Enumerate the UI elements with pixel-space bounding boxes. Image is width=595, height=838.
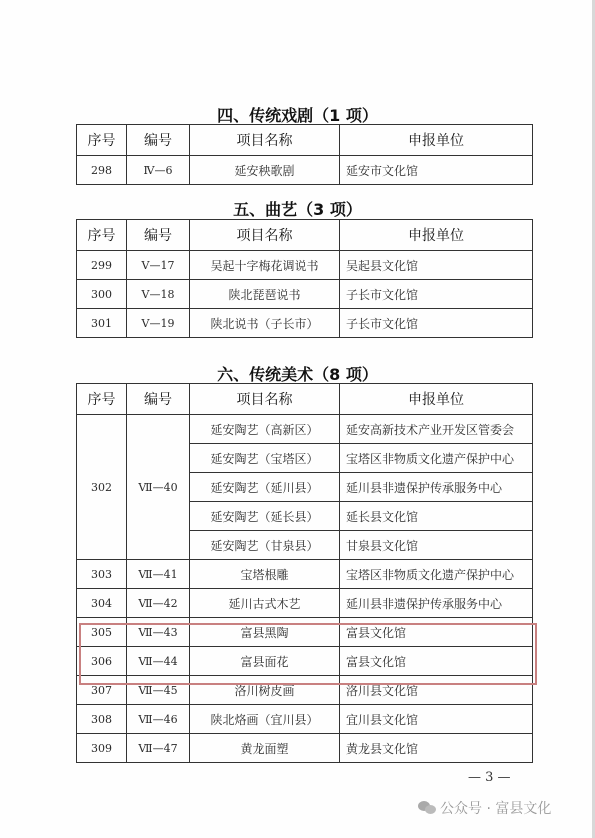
cell-project-name: 延安陶艺（宝塔区） xyxy=(190,444,340,473)
cell-project-name: 延安陶艺（高新区） xyxy=(190,415,340,444)
header-serial: 序号 xyxy=(77,384,127,415)
cell-project-name: 吴起十字梅花调说书 xyxy=(190,251,340,280)
table-row: 301 Ⅴ—19 陕北说书（子长市） 子长市文化馆 xyxy=(77,309,533,338)
header-applicant: 申报单位 xyxy=(340,384,533,415)
header-serial: 序号 xyxy=(77,125,127,156)
table-traditional-art: 序号 编号 项目名称 申报单位 302 Ⅶ—40 延安陶艺（高新区） 延安高新技… xyxy=(76,383,533,763)
table-quyi: 序号 编号 项目名称 申报单位 299 Ⅴ—17 吴起十字梅花调说书 吴起县文化… xyxy=(76,219,533,338)
cell-applicant: 富县文化馆 xyxy=(340,618,533,647)
header-code: 编号 xyxy=(127,125,190,156)
cell-project-name: 陕北说书（子长市） xyxy=(190,309,340,338)
cell-serial-merged: 302 xyxy=(77,415,127,560)
header-serial: 序号 xyxy=(77,220,127,251)
section-title-traditional-drama: 四、传统戏剧（1 项） xyxy=(0,103,595,126)
table-traditional-drama: 序号 编号 项目名称 申报单位 298 Ⅳ—6 延安秧歌剧 延安市文化馆 xyxy=(76,124,533,185)
cell-code: Ⅶ—43 xyxy=(127,618,190,647)
cell-project-name: 黄龙面塑 xyxy=(190,734,340,763)
cell-code: Ⅶ—45 xyxy=(127,676,190,705)
cell-serial: 299 xyxy=(77,251,127,280)
cell-project-name: 延川古式木艺 xyxy=(190,589,340,618)
cell-applicant: 延川县非遗保护传承服务中心 xyxy=(340,473,533,502)
cell-applicant: 洛川县文化馆 xyxy=(340,676,533,705)
cell-applicant: 延川县非遗保护传承服务中心 xyxy=(340,589,533,618)
cell-applicant: 宜川县文化馆 xyxy=(340,705,533,734)
cell-serial: 308 xyxy=(77,705,127,734)
table-row-highlighted: 305 Ⅶ—43 富县黑陶 富县文化馆 xyxy=(77,618,533,647)
cell-project-name: 延安陶艺（延长县） xyxy=(190,502,340,531)
table-row: 307 Ⅶ—45 洛川树皮画 洛川县文化馆 xyxy=(77,676,533,705)
cell-applicant: 宝塔区非物质文化遗产保护中心 xyxy=(340,444,533,473)
cell-serial: 304 xyxy=(77,589,127,618)
cell-serial: 300 xyxy=(77,280,127,309)
header-project-name: 项目名称 xyxy=(190,220,340,251)
cell-project-name: 富县黑陶 xyxy=(190,618,340,647)
table-header-row: 序号 编号 项目名称 申报单位 xyxy=(77,125,533,156)
cell-applicant: 富县文化馆 xyxy=(340,647,533,676)
cell-project-name: 陕北琵琶说书 xyxy=(190,280,340,309)
cell-project-name: 洛川树皮画 xyxy=(190,676,340,705)
cell-project-name: 延安陶艺（甘泉县） xyxy=(190,531,340,560)
cell-project-name: 富县面花 xyxy=(190,647,340,676)
section-title-traditional-art: 六、传统美术（8 项） xyxy=(0,362,595,385)
table-row: 309 Ⅶ—47 黄龙面塑 黄龙县文化馆 xyxy=(77,734,533,763)
header-code: 编号 xyxy=(127,220,190,251)
table-row: 302 Ⅶ—40 延安陶艺（高新区） 延安高新技术产业开发区管委会 xyxy=(77,415,533,444)
table-row: 298 Ⅳ—6 延安秧歌剧 延安市文化馆 xyxy=(77,156,533,185)
table-row-highlighted: 306 Ⅶ—44 富县面花 富县文化馆 xyxy=(77,647,533,676)
cell-applicant: 子长市文化馆 xyxy=(340,280,533,309)
cell-applicant: 甘泉县文化馆 xyxy=(340,531,533,560)
cell-applicant: 子长市文化馆 xyxy=(340,309,533,338)
cell-project-name: 宝塔根雕 xyxy=(190,560,340,589)
table-row: 303 Ⅶ—41 宝塔根雕 宝塔区非物质文化遗产保护中心 xyxy=(77,560,533,589)
cell-code: Ⅴ—17 xyxy=(127,251,190,280)
cell-code: Ⅶ—44 xyxy=(127,647,190,676)
cell-code: Ⅶ—47 xyxy=(127,734,190,763)
cell-serial: 301 xyxy=(77,309,127,338)
cell-applicant: 延安高新技术产业开发区管委会 xyxy=(340,415,533,444)
cell-code: Ⅳ—6 xyxy=(127,156,190,185)
table-row: 308 Ⅶ—46 陕北烙画（宜川县） 宜川县文化馆 xyxy=(77,705,533,734)
watermark: 公众号 · 富县文化 xyxy=(418,798,551,818)
table-header-row: 序号 编号 项目名称 申报单位 xyxy=(77,384,533,415)
cell-applicant: 延长县文化馆 xyxy=(340,502,533,531)
cell-applicant: 延安市文化馆 xyxy=(340,156,533,185)
page-number: — 3 — xyxy=(468,770,511,785)
cell-code: Ⅴ—18 xyxy=(127,280,190,309)
table-row: 299 Ⅴ—17 吴起十字梅花调说书 吴起县文化馆 xyxy=(77,251,533,280)
header-applicant: 申报单位 xyxy=(340,125,533,156)
cell-code-merged: Ⅶ—40 xyxy=(127,415,190,560)
table-header-row: 序号 编号 项目名称 申报单位 xyxy=(77,220,533,251)
section-title-quyi: 五、曲艺（3 项） xyxy=(0,197,595,220)
table-row: 300 Ⅴ—18 陕北琵琶说书 子长市文化馆 xyxy=(77,280,533,309)
cell-serial: 305 xyxy=(77,618,127,647)
header-project-name: 项目名称 xyxy=(190,125,340,156)
cell-project-name: 延安陶艺（延川县） xyxy=(190,473,340,502)
table-row: 304 Ⅶ—42 延川古式木艺 延川县非遗保护传承服务中心 xyxy=(77,589,533,618)
cell-applicant: 宝塔区非物质文化遗产保护中心 xyxy=(340,560,533,589)
header-code: 编号 xyxy=(127,384,190,415)
cell-applicant: 吴起县文化馆 xyxy=(340,251,533,280)
cell-serial: 298 xyxy=(77,156,127,185)
cell-code: Ⅶ—46 xyxy=(127,705,190,734)
header-project-name: 项目名称 xyxy=(190,384,340,415)
cell-project-name: 陕北烙画（宜川县） xyxy=(190,705,340,734)
cell-code: Ⅶ—42 xyxy=(127,589,190,618)
cell-serial: 307 xyxy=(77,676,127,705)
cell-project-name: 延安秧歌剧 xyxy=(190,156,340,185)
cell-code: Ⅴ—19 xyxy=(127,309,190,338)
cell-serial: 303 xyxy=(77,560,127,589)
cell-applicant: 黄龙县文化馆 xyxy=(340,734,533,763)
cell-serial: 306 xyxy=(77,647,127,676)
cell-serial: 309 xyxy=(77,734,127,763)
watermark-text: 公众号 · 富县文化 xyxy=(440,798,551,818)
header-applicant: 申报单位 xyxy=(340,220,533,251)
wechat-icon xyxy=(418,801,436,815)
cell-code: Ⅶ—41 xyxy=(127,560,190,589)
